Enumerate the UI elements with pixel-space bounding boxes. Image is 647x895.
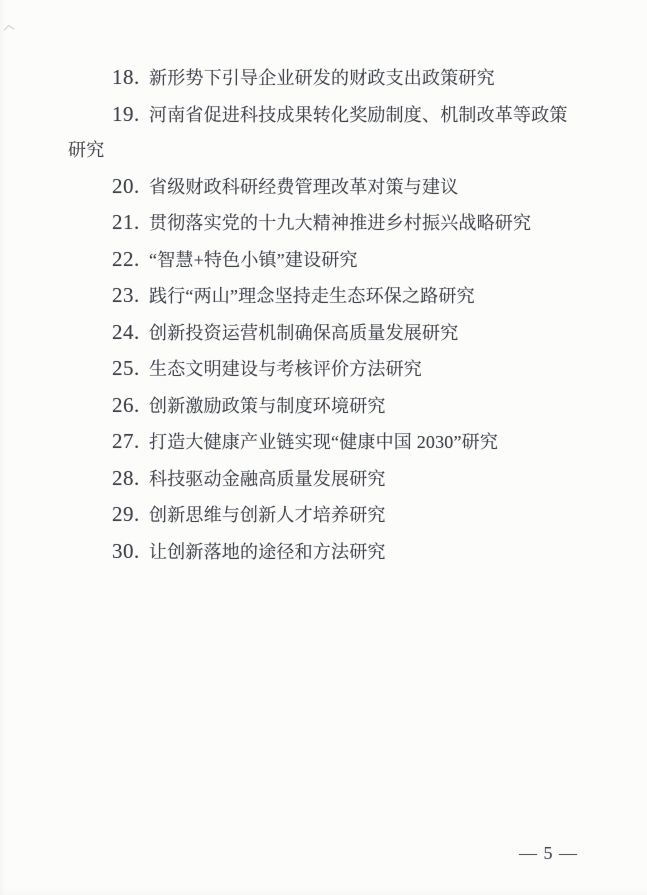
item-number: 26.: [112, 388, 149, 424]
item-text: 生态文明建设与考核评价方法研究: [149, 359, 422, 379]
list-item: 27.打造大健康产业链实现“健康中国 2030”研究: [68, 424, 580, 461]
item-number: 28.: [112, 461, 149, 497]
item-text: 科技驱动金融高质量发展研究: [149, 469, 386, 489]
research-topic-list: 18.新形势下引导企业研发的财政支出政策研究 19.河南省促进科技成果转化奖励制…: [68, 60, 580, 570]
item-text: 省级财政科研经费管理改革对策与建议: [149, 177, 458, 197]
item-text: 打造大健康产业链实现“健康中国 2030”研究: [149, 432, 498, 452]
item-text: 践行“两山”理念坚持走生态环保之路研究: [149, 286, 475, 306]
item-number: 19.: [112, 97, 149, 133]
document-page: 18.新形势下引导企业研发的财政支出政策研究 19.河南省促进科技成果转化奖励制…: [0, 0, 647, 895]
page-number: — 5 —: [519, 843, 578, 864]
item-text: 创新投资运营机制确保高质量发展研究: [149, 323, 458, 343]
list-item: 26.创新激励政策与制度环境研究: [68, 388, 580, 425]
item-number: 23.: [112, 278, 149, 314]
item-number: 24.: [112, 315, 149, 351]
item-number: 21.: [112, 205, 149, 241]
item-text: 让创新落地的途径和方法研究: [149, 542, 386, 562]
list-item: 28.科技驱动金融高质量发展研究: [68, 461, 580, 498]
list-item: 21.贯彻落实党的十九大精神推进乡村振兴战略研究: [68, 205, 580, 242]
item-text: “智慧+特色小镇”建设研究: [149, 250, 358, 270]
list-item: 23.践行“两山”理念坚持走生态环保之路研究: [68, 278, 580, 315]
list-item: 30.让创新落地的途径和方法研究: [68, 534, 580, 571]
item-text: 创新激励政策与制度环境研究: [149, 396, 386, 416]
item-number: 27.: [112, 424, 149, 460]
item-text: 新形势下引导企业研发的财政支出政策研究: [149, 68, 495, 88]
scan-speck-mark: [3, 22, 17, 35]
item-number: 29.: [112, 497, 149, 533]
list-item: 22.“智慧+特色小镇”建设研究: [68, 242, 580, 279]
item-number: 18.: [112, 60, 149, 96]
item-number: 25.: [112, 351, 149, 387]
list-item: 25.生态文明建设与考核评价方法研究: [68, 351, 580, 388]
list-item: 29.创新思维与创新人才培养研究: [68, 497, 580, 534]
list-item: 19.河南省促进科技成果转化奖励制度、机制改革等政策研究: [68, 97, 580, 169]
item-text: 贯彻落实党的十九大精神推进乡村振兴战略研究: [149, 213, 531, 233]
item-number: 20.: [112, 169, 149, 205]
list-item: 18.新形势下引导企业研发的财政支出政策研究: [68, 60, 580, 97]
item-number: 22.: [112, 242, 149, 278]
list-item: 24.创新投资运营机制确保高质量发展研究: [68, 315, 580, 352]
item-number: 30.: [112, 534, 149, 570]
item-text: 创新思维与创新人才培养研究: [149, 505, 386, 525]
list-item: 20.省级财政科研经费管理改革对策与建议: [68, 169, 580, 206]
